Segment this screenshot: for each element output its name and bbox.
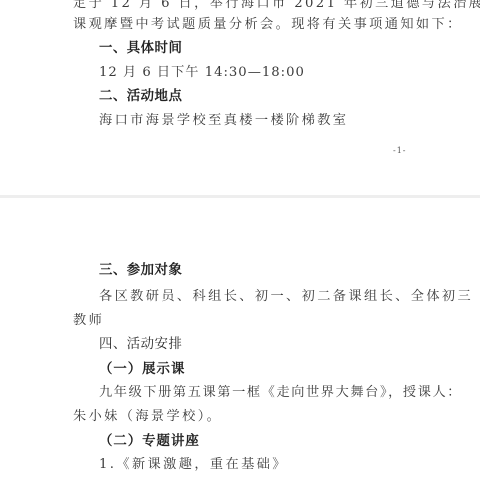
section-content-location: 海口市海景学校至真楼一楼阶梯教室: [99, 113, 435, 129]
subsection-content-demo-lesson-line-2: 朱小妹（海景学校）。: [73, 409, 409, 425]
document-page-1: 定于 12 月 6 日，举行海口市 2021 年初三道德与法治展示 课观摩暨中考…: [0, 0, 480, 195]
section-heading-schedule: 四、活动安排: [99, 337, 435, 353]
page-number: -1-: [393, 146, 407, 156]
document-page-2: 三、参加对象 各区教研员、科组长、初一、初二备课组长、全体初三 教师 四、活动安…: [0, 198, 480, 480]
section-content-time: 12 月 6 日下午 14:30—18:00: [99, 65, 435, 81]
section-content-participants-line-2: 教师: [73, 313, 409, 329]
section-heading-location: 二、活动地点: [99, 89, 435, 105]
subsection-heading-lecture: （二）专题讲座: [99, 433, 435, 449]
subsection-heading-demo-lesson: （一）展示课: [99, 361, 435, 377]
section-heading-time: 一、具体时间: [99, 41, 435, 57]
intro-text-line-2: 课观摩暨中考试题质量分析会。现将有关事项通知如下：: [73, 17, 409, 33]
section-heading-participants: 三、参加对象: [99, 263, 435, 279]
subsection-content-demo-lesson-line-1: 九年级下册第五课第一框《走向世界大舞台》，授课人：: [99, 385, 435, 401]
intro-text-line-1: 定于 12 月 6 日，举行海口市 2021 年初三道德与法治展示: [73, 0, 409, 12]
section-content-participants-line-1: 各区教研员、科组长、初一、初二备课组长、全体初三: [99, 289, 435, 305]
lecture-item-1: 1.《新课激趣，重在基础》: [99, 457, 435, 473]
